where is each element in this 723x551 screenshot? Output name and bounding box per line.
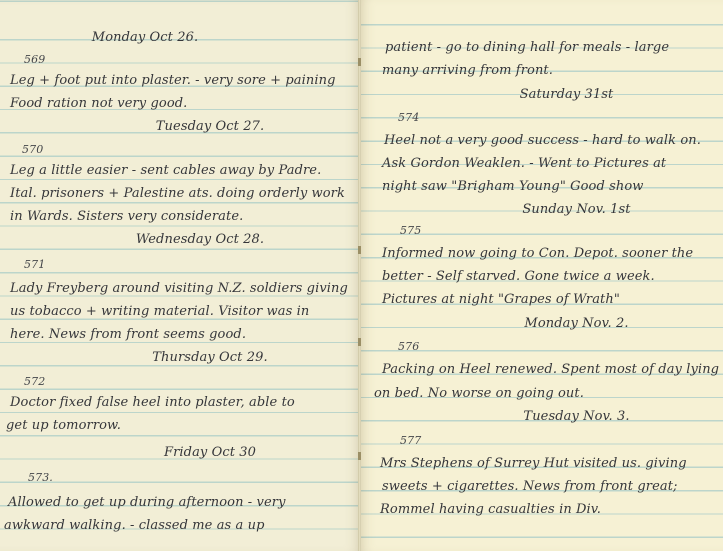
date-heading: Friday Oct 30: [60, 445, 360, 461]
binding-stitch: [358, 452, 361, 460]
entry-number: 572: [24, 374, 360, 390]
entry-text: on bed. No worse on going out.: [374, 386, 723, 402]
binding-stitch: [358, 246, 361, 254]
entry-text: awkward walking. - classed me as a up: [4, 518, 360, 534]
entry-text: Doctor fixed false heel into plaster, ab…: [10, 395, 360, 411]
entry-number: 576: [398, 339, 723, 355]
entry-text: get up tomorrow.: [6, 418, 360, 434]
entry-number: 575: [400, 223, 723, 239]
entry-text: here. News from front seems good.: [10, 327, 360, 343]
entry-text: Leg a little easier - sent cables away b…: [10, 163, 360, 179]
date-heading: Tuesday Nov. 3.: [430, 409, 723, 425]
entry-text: Leg + foot put into plaster. - very sore…: [10, 73, 360, 89]
entry-number: 570: [22, 142, 360, 158]
right-page: patient - go to dining hall for meals - …: [360, 0, 723, 551]
entry-text: Mrs Stephens of Surrey Hut visited us. g…: [380, 456, 723, 472]
binding-stitch: [358, 58, 361, 66]
entry-number: 577: [400, 433, 723, 449]
entry-text: Packing on Heel renewed. Spent most of d…: [382, 362, 723, 378]
entry-text: Rommel having casualties in Div.: [380, 502, 723, 518]
date-heading: Monday Nov. 2.: [430, 316, 723, 332]
date-heading: Wednesday Oct 28.: [40, 232, 360, 248]
entry-text: Heel not a very good success - hard to w…: [384, 133, 723, 149]
entry-text: patient - go to dining hall for meals - …: [385, 40, 723, 56]
binding-stitch: [358, 338, 361, 346]
left-page: Monday Oct 26. 569 Leg + foot put into p…: [0, 0, 360, 551]
date-heading: Tuesday Oct 27.: [60, 119, 360, 135]
entry-number: 573.: [28, 470, 360, 486]
entry-text: many arriving from front.: [382, 63, 723, 79]
entry-text: Informed now going to Con. Depot. sooner…: [382, 246, 723, 262]
entry-text: us tobacco + writing material. Visitor w…: [10, 304, 360, 320]
entry-number: 569: [24, 52, 360, 68]
entry-text: in Wards. Sisters very considerate.: [10, 209, 360, 225]
entry-text: Ital. prisoners + Palestine ats. doing o…: [10, 186, 360, 202]
date-heading: Thursday Oct 29.: [60, 350, 360, 366]
entry-text: Allowed to get up during afternoon - ver…: [8, 495, 360, 511]
date-heading: Saturday 31st: [410, 87, 723, 103]
entry-number: 571: [24, 257, 360, 273]
date-heading: Monday Oct 26.: [0, 30, 290, 46]
date-heading: Sunday Nov. 1st: [430, 202, 723, 218]
entry-text: Food ration not very good.: [10, 96, 360, 112]
entry-text: sweets + cigarettes. News from front gre…: [382, 479, 723, 495]
diary-spread: Monday Oct 26. 569 Leg + foot put into p…: [0, 0, 723, 551]
page-gutter: [358, 0, 361, 551]
entry-text: Ask Gordon Weaklen. - Went to Pictures a…: [382, 156, 723, 172]
entry-text: Lady Freyberg around visiting N.Z. soldi…: [10, 281, 360, 297]
entry-number: 574: [398, 110, 723, 126]
entry-text: Pictures at night "Grapes of Wrath": [382, 292, 723, 308]
entry-text: better - Self starved. Gone twice a week…: [382, 269, 723, 285]
entry-text: night saw "Brigham Young" Good show: [382, 179, 723, 195]
